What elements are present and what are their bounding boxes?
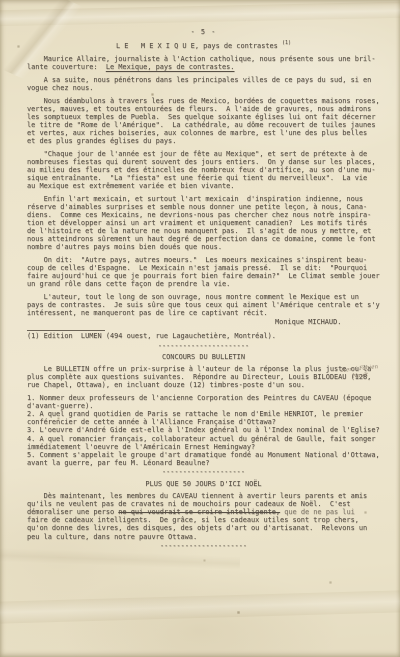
intro-paragraph: Maurice Allaire, journaliste à l'Action … [27, 55, 380, 71]
contest-question-4: 4. A quel romancier français, collaborat… [27, 435, 380, 451]
paragraph-noel: Dès maintenant, les membres du CAVEAU ti… [27, 492, 380, 541]
page-number: - 5 - [27, 28, 380, 36]
scanned-page: - 5 - L E M E X I Q U E, pays de contras… [0, 0, 400, 657]
paragraph-conclusion: L'auteur, tout le long de son ouvrage, n… [27, 293, 380, 317]
paragraph-concours-intro: Le BULLETIN offre un prix-surprise à l'a… [27, 365, 380, 389]
paragraph-moeurs: On dit: "Autre pays, autres moeurs." Les… [27, 256, 380, 288]
section-heading-concours: CONCOURS DU BULLETIN [27, 353, 380, 361]
footnote: (1) Edition LUMEN (494 ouest, rue Lagauc… [27, 330, 380, 341]
footnote-marker: (1) [282, 40, 291, 46]
separator: --------------------- [27, 542, 380, 550]
typewritten-content: - 5 - L E M E X I Q U E, pays de contras… [0, 0, 400, 657]
article-title: L E M E X I Q U E, pays de contrastes (1… [27, 39, 380, 50]
article-title-text: L E M E X I Q U E, pays de contrastes [116, 42, 282, 50]
paragraph-mexico-streets: Nous déambulons à travers les rues de Me… [27, 97, 380, 146]
separator: ---------------------- [27, 342, 380, 350]
signature: Monique MICHAUD. [275, 318, 380, 326]
paragraph-fiestas: "Chaque jour de l'année est jour de fête… [27, 150, 380, 190]
contest-question-5: 5. Comment s'appelait le groupe d'art dr… [27, 451, 380, 467]
paragraph-art-mexicain: Enfin l'art mexicain, et surtout l'art m… [27, 195, 380, 252]
underlined-book-title: Le Mexique, pays de contrastes. [106, 63, 235, 71]
section-heading-noel: PLUS QUE 50 JOURS D'ICI NOËL [27, 480, 380, 488]
contest-question-3: 3. L'oeuvre d'André Gide est-elle à l'In… [27, 426, 380, 434]
contest-question-1: 1. Nommer deux professeurs de l'ancienne… [27, 394, 380, 410]
contest-question-2: 2. A quel grand quotidien de Paris se ra… [27, 410, 380, 426]
separator: -------------------- [27, 468, 380, 476]
article-body: A sa suite, nous pénétrons dans les prin… [27, 76, 380, 550]
paragraph-suite: A sa suite, nous pénétrons dans les prin… [27, 76, 380, 92]
